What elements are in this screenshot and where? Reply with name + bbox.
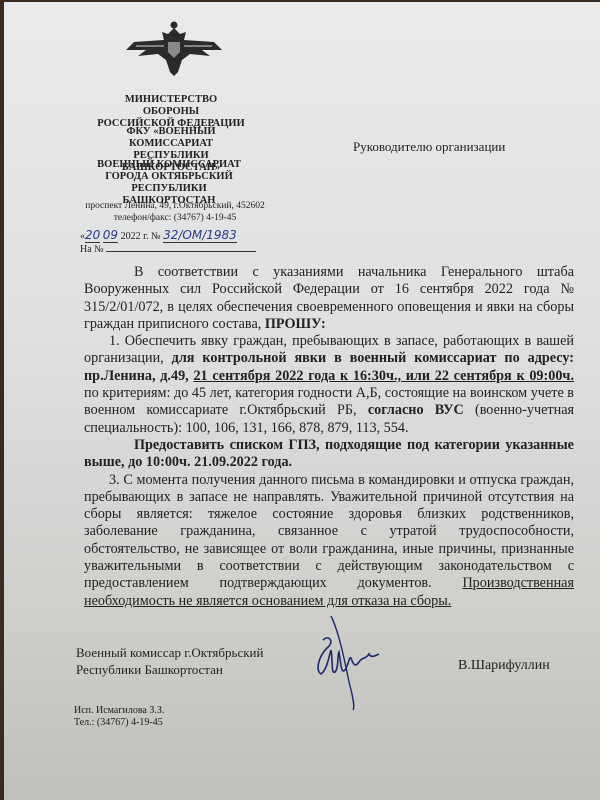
institution-line-1: ФКУ «ВОЕННЫЙ КОМИССАРИАТ: [86, 126, 256, 150]
signatory-title: Военный комиссар г.Октябрьский Республик…: [76, 644, 263, 678]
signatory-title-line-2: Республики Башкортостан: [76, 661, 263, 678]
executor-name: Исп. Исмагилова З.З.: [74, 705, 164, 717]
addressee: Руководителю организации: [353, 139, 505, 155]
ministry-line-1: МИНИСТЕРСТВО ОБОРОНЫ: [96, 94, 246, 118]
year-label: 2022 г. №: [121, 231, 161, 242]
reference-blank: [106, 251, 256, 252]
paragraph-intro: В соответствии с указаниями начальника Г…: [84, 264, 574, 333]
handwritten-day: 20: [85, 228, 100, 243]
paragraph-item-3: 3. С момента получения данного письма в …: [84, 472, 574, 610]
ministry-title: МИНИСТЕРСТВО ОБОРОНЫ РОССИЙСКОЙ ФЕДЕРАЦИ…: [96, 94, 246, 130]
reference-number-line: На №: [80, 244, 256, 255]
reference-label: На №: [80, 244, 104, 255]
item-1-vus-label: согласно ВУС: [368, 402, 464, 418]
handwritten-doc-number: 32/ОМ/1983: [163, 228, 237, 243]
office-line-2: ГОРОДА ОКТЯБРЬСКИЙ: [94, 171, 244, 183]
eagle-emblem-icon: [124, 20, 224, 78]
signatory-title-line-1: Военный комиссар г.Октябрьский: [76, 644, 263, 661]
letter-page: МИНИСТЕРСТВО ОБОРОНЫ РОССИЙСКОЙ ФЕДЕРАЦИ…: [4, 2, 600, 800]
office-line-1: ВОЕННЫЙ КОМИССАРИАТ: [94, 159, 244, 171]
paragraph-item-2: Предоставить списком ГПЗ, подходящие под…: [84, 437, 574, 472]
office-address: проспект Ленина, 49, г.Октябрьский, 4526…: [80, 200, 270, 212]
letter-body: В соответствии с указаниями начальника Г…: [84, 264, 574, 610]
executor-info: Исп. Исмагилова З.З. Тел.: (34767) 4-19-…: [74, 705, 164, 729]
signatory-name: В.Шарифуллин: [458, 658, 550, 674]
item-1-dates: 21 сентября 2022 года к 16:30ч., или 22 …: [193, 368, 574, 384]
date-number-line: «20 09 2022 г. № 32/ОМ/1983: [80, 228, 237, 243]
paragraph-item-1: 1. Обеспечить явку граждан, пребывающих …: [84, 333, 574, 437]
executor-phone: Тел.: (34767) 4-19-45: [74, 717, 164, 729]
request-keyword: ПРОШУ:: [265, 316, 326, 332]
office-phone: телефон/факс: (34767) 4-19-45: [80, 212, 270, 224]
handwritten-month: 09: [103, 228, 118, 243]
item-3-text: 3. С момента получения данного письма в …: [84, 472, 574, 592]
handwritten-signature-icon: [309, 612, 389, 712]
office-contacts: проспект Ленина, 49, г.Октябрьский, 4526…: [80, 200, 270, 224]
intro-text: В соответствии с указаниями начальника Г…: [84, 264, 574, 332]
